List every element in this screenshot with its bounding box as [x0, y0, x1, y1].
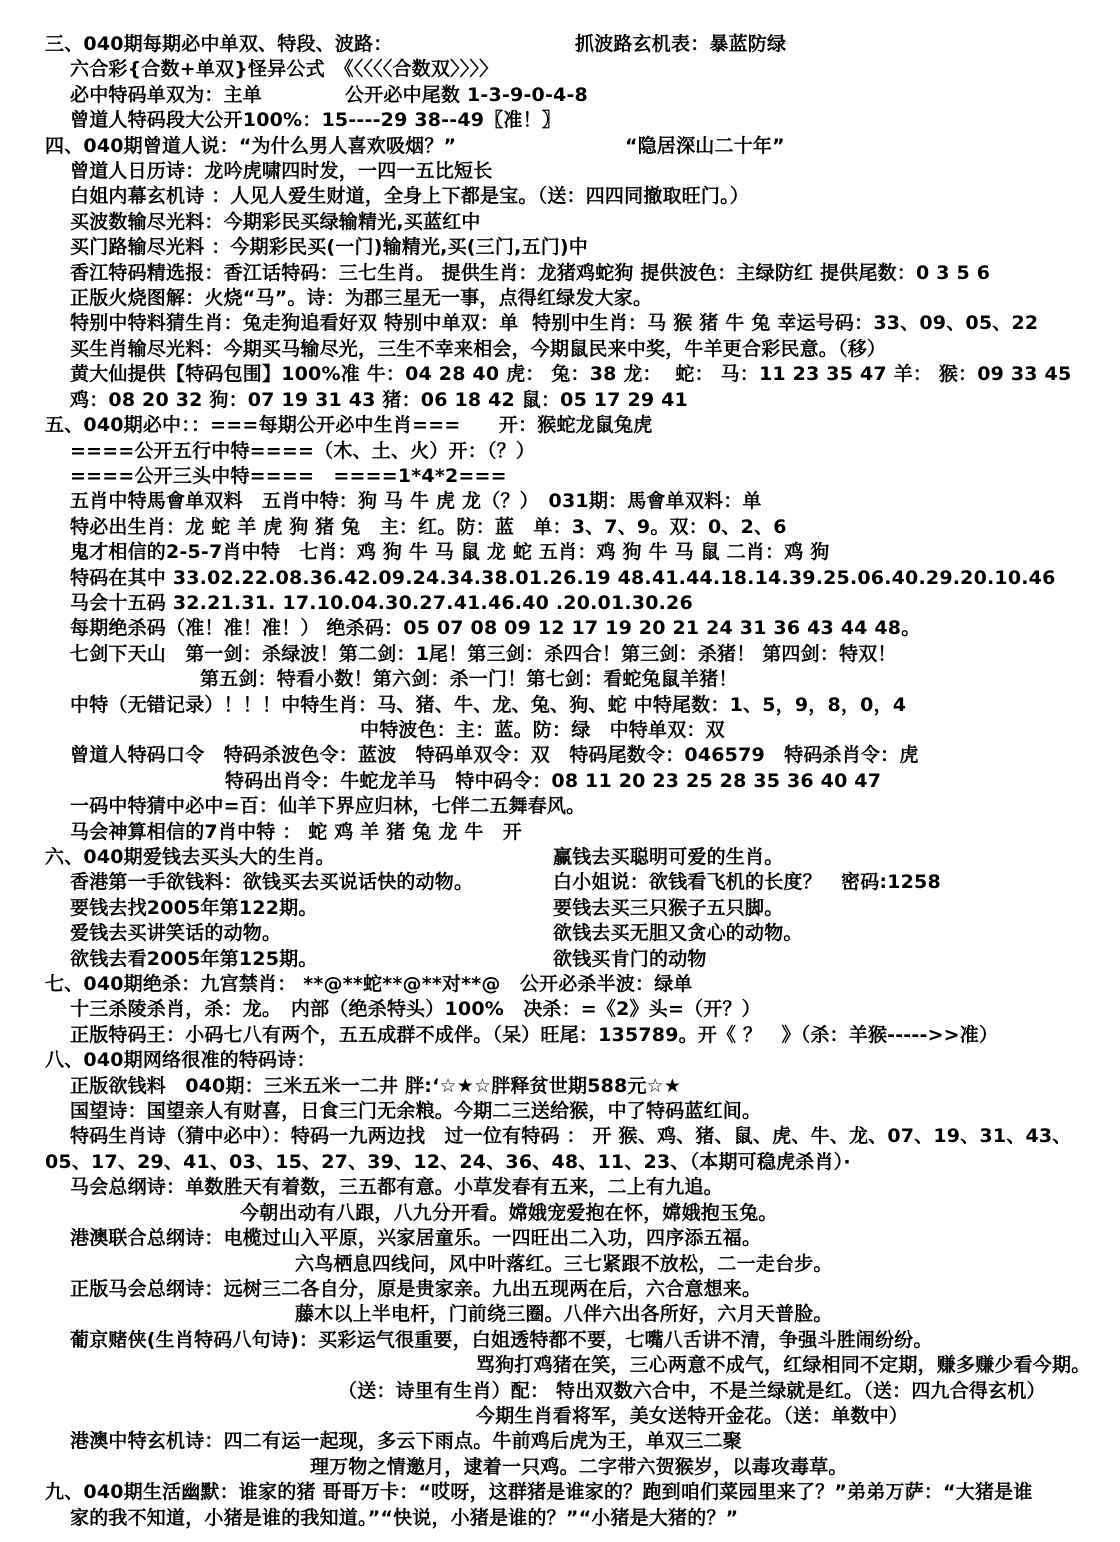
doc-line: ====公开五行中特====（木、土、火）开：（？）	[0, 439, 1120, 464]
doc-line: 六鸟栖息四线问，风中叶落红。三七紧跟不放松，二一走台步。	[0, 1252, 1120, 1277]
doc-line-left: 六、040期爱钱去买头大的生肖。	[45, 846, 335, 868]
doc-line: 五、040期必中：：===每期公开必中生肖=== 开：猴蛇龙鼠兔虎	[0, 413, 1120, 438]
doc-line: 必中特码单双为：主单公开必中尾数 1-3-9-0-4-8	[0, 83, 1120, 108]
doc-line-left: 要钱去找2005年第122期。	[70, 897, 318, 919]
doc-line: 每期绝杀码（准！准！准！） 绝杀码：05 07 08 09 12 17 19 2…	[0, 616, 1120, 641]
doc-line: 正版马会总纲诗：远树三二各自分，原是贵家亲。九出五现两在后，六合意想来。	[0, 1277, 1120, 1302]
doc-line-right: 公开必中尾数 1-3-9-0-4-8	[345, 83, 588, 108]
doc-line: 马会神算相信的7肖中特 ： 蛇 鸡 羊 猪 兔 龙 牛 开	[0, 820, 1120, 845]
doc-line: 05、17、29、41、03、15、27、39、12、24、36、48、11、2…	[0, 1150, 1120, 1175]
doc-line: 特码出肖令：牛蛇龙羊马 特中码令：08 11 20 23 25 28 35 36…	[0, 769, 1120, 794]
doc-line: 八、040期网络很准的特码诗：	[0, 1048, 1120, 1073]
doc-line: 买生肖输尽光料：今期买马输尽光，三生不幸来相会，今期鼠民来中奖，牛羊更合彩民意。…	[0, 337, 1120, 362]
doc-line: 家的我不知道，小猪是谁的我知道。”“快说，小猪是谁的？”“小猪是大猪的？”	[0, 1506, 1120, 1531]
doc-line: 特必出生肖：龙 蛇 羊 虎 狗 猪 兔 主：红。防：蓝 单：3、7、9。双：0、…	[0, 515, 1120, 540]
doc-line: 七、040期绝杀：九宫禁肖： **@**蛇**@**对**@ 公开必杀半波：绿单	[0, 972, 1120, 997]
doc-line: 买波数输尽光料：今期彩民买绿输精光,买蓝红中	[0, 210, 1120, 235]
doc-line: 曾道人日历诗：龙吟虎啸四时发，一四一五比短长	[0, 159, 1120, 184]
doc-line: 一码中特猜中必中=百：仙羊下界应归林，七伴二五舞春风。	[0, 794, 1120, 819]
doc-line: 第五剑：特看小数！第六剑：杀一门！第七剑：看蛇兔鼠羊猪！	[0, 667, 1120, 692]
doc-line-left: 三、040期每期必中单双、特段、波路：	[45, 33, 392, 55]
doc-line-right: 要钱去买三只猴子五只脚。	[553, 896, 783, 921]
doc-line: 港澳中特玄机诗：四二有运一起现，多云下雨点。牛前鸡后虎为王，单双三二聚	[0, 1429, 1120, 1454]
doc-line: 六合彩{合数+单双}怪异公式 《〈〈〈〈合数双〉〉〉〉	[0, 57, 1120, 82]
doc-line-right: 欲钱买肯门的动物	[553, 947, 707, 972]
doc-line-left: 四、040期曾道人说：“为什么男人喜欢吸烟？”	[45, 135, 456, 157]
tipsheet-document: 三、040期每期必中单双、特段、波路：抓波路玄机表：暴蓝防绿六合彩{合数+单双}…	[0, 0, 1120, 1542]
doc-line-left: 欲钱去看2005年第125期。	[70, 948, 318, 970]
doc-line: 藤木以上半电杆，门前绕三圈。八伴六出各所好，六月天普脸。	[0, 1302, 1120, 1327]
doc-line: 六、040期爱钱去买头大的生肖。赢钱去买聪明可爱的生肖。	[0, 845, 1120, 870]
doc-line: 国望诗：国望亲人有财喜，日食三门无余粮。今期二三送给猴，中了特码蓝红间。	[0, 1099, 1120, 1124]
doc-line-left: 爱钱去买讲笑话的动物。	[70, 922, 281, 944]
doc-line: 中特波色：主：蓝。防：绿 中特单双：双	[0, 718, 1120, 743]
doc-line: 骂狗打鸡猪在笑，三心两意不成气，红绿相同不定期，赚多赚少看今期。	[0, 1353, 1120, 1378]
doc-line: 曾道人特码口令 特码杀波色令：蓝波 特码单双令：双 特码尾数令：046579 特…	[0, 743, 1120, 768]
doc-line: 马会十五码 32.21.31. 17.10.04.30.27.41.46.40 …	[0, 591, 1120, 616]
doc-line: 马会总纲诗：单数胜天有着数，三五都有意。小草发春有五来，二上有九追。	[0, 1175, 1120, 1200]
doc-line: 港澳联合总纲诗：电榄过山入平原，兴家居童乐。一四旺出二入功，四序添五福。	[0, 1226, 1120, 1251]
doc-line: 鸡：08 20 32 狗：07 19 31 43 猪：06 18 42 鼠：05…	[0, 388, 1120, 413]
doc-line: 香港第一手欲钱料：欲钱买去买说话快的动物。白小姐说：欲钱看飞机的长度？ 密码:1…	[0, 870, 1120, 895]
doc-line: 特别中特料猜生肖：兔走狗追看好双 特别中单双：单 特别中生肖：马 猴 猪 牛 兔…	[0, 311, 1120, 336]
doc-line-left: 香港第一手欲钱料：欲钱买去买说话快的动物。	[70, 871, 473, 893]
doc-line: ====公开三头中特==== ====1*4*2===	[0, 464, 1120, 489]
doc-line: 香江特码精选报：香江话特码：三七生肖。 提供生肖：龙猪鸡蛇狗 提供波色：主绿防红…	[0, 261, 1120, 286]
doc-line: 曾道人特码段大公开100%：15----29 38--49〖准！〗	[0, 108, 1120, 133]
doc-line: 三、040期每期必中单双、特段、波路：抓波路玄机表：暴蓝防绿	[0, 32, 1120, 57]
doc-line: 九、040期生活幽默：谁家的猪 哥哥万卡：“哎呀，这群猪是谁家的？跑到咱们菜园里…	[0, 1480, 1120, 1505]
doc-line: 五肖中特馬會单双料 五肖中特：狗 马 牛 虎 龙（？） 031期：馬會单双料：单	[0, 489, 1120, 514]
doc-line: 四、040期曾道人说：“为什么男人喜欢吸烟？”“隐居深山二十年”	[0, 134, 1120, 159]
doc-line: 今期生肖看将军，美女送特开金花。（送：单数中）	[0, 1404, 1120, 1429]
document-body: 三、040期每期必中单双、特段、波路：抓波路玄机表：暴蓝防绿六合彩{合数+单双}…	[0, 32, 1120, 1531]
doc-line-right: 欲钱去买无胆又贪心的动物。	[553, 921, 803, 946]
doc-line: 正版特码王：小码七八有两个，五五成群不成伴。（呆）旺尾：135789。开《 ？ …	[0, 1023, 1120, 1048]
doc-line: 正版欲钱料 040期：三米五米一二井 胖:‘☆★☆胖释贫世期588元☆★	[0, 1074, 1120, 1099]
doc-line-right: 白小姐说：欲钱看飞机的长度？ 密码:1258	[553, 870, 941, 895]
doc-line: 爱钱去买讲笑话的动物。欲钱去买无胆又贪心的动物。	[0, 921, 1120, 946]
doc-line: 今朝出动有八跟，八九分开看。嫦娥宠爱抱在怀，嫦娥抱玉兔。	[0, 1201, 1120, 1226]
doc-line-right: 赢钱去买聪明可爱的生肖。	[553, 845, 783, 870]
doc-line-left: 必中特码单双为：主单	[70, 84, 262, 106]
doc-line: 欲钱去看2005年第125期。欲钱买肯门的动物	[0, 947, 1120, 972]
doc-line: 理万物之情邀月，逮着一只鸡。二字带六贺猴岁，以毒攻毒草。	[0, 1455, 1120, 1480]
doc-line: 白姐内幕玄机诗 ：人见人爱生财道，全身上下都是宝。（送：四四同撤取旺门。）	[0, 184, 1120, 209]
doc-line: 特码生肖诗（猜中必中）：特码一九两边找 过一位有特码 ： 开 猴、鸡、猪、鼠、虎…	[0, 1124, 1120, 1149]
doc-line: 鬼才相信的2-5-7肖中特 七肖：鸡 狗 牛 马 鼠 龙 蛇 五肖：鸡 狗 牛 …	[0, 540, 1120, 565]
doc-line: 黄大仙提供【特码包围】100%准 牛：04 28 40 虎： 兔：38 龙： 蛇…	[0, 362, 1120, 387]
doc-line: 七剑下天山 第一剑：杀绿波！第二剑：1尾！第三剑：杀四合！第三剑：杀猪！ 第四剑…	[0, 642, 1120, 667]
doc-line: 正版火烧图解：火烧“马”。诗：为郡三星无一事，点得红绿发大家。	[0, 286, 1120, 311]
doc-line: 十三杀陵杀肖，杀：龙。 内部（绝杀特头）100% 决杀：=《2》头=（开？）	[0, 997, 1120, 1022]
doc-line-right: “隐居深山二十年”	[625, 134, 785, 159]
doc-line: （送：诗里有生肖）配： 特出双数六合中，不是兰绿就是红。（送：四九合得玄机）	[0, 1379, 1120, 1404]
doc-line: 买门路输尽光料 ：今期彩民买(一门)输精光,买(三门,五门)中	[0, 235, 1120, 260]
doc-line: 中特（无错记录）！！！中特生肖：马、猪、牛、龙、兔、狗、蛇 中特尾数：1、5，9…	[0, 693, 1120, 718]
doc-line: 葡京赌侠(生肖特码八句诗)：买彩运气很重要，白姐透特都不要，七嘴八舌讲不清，争强…	[0, 1328, 1120, 1353]
doc-line: 要钱去找2005年第122期。要钱去买三只猴子五只脚。	[0, 896, 1120, 921]
doc-line-right: 抓波路玄机表：暴蓝防绿	[575, 32, 786, 57]
doc-line: 特码在其中 33.02.22.08.36.42.09.24.34.38.01.2…	[0, 566, 1120, 591]
